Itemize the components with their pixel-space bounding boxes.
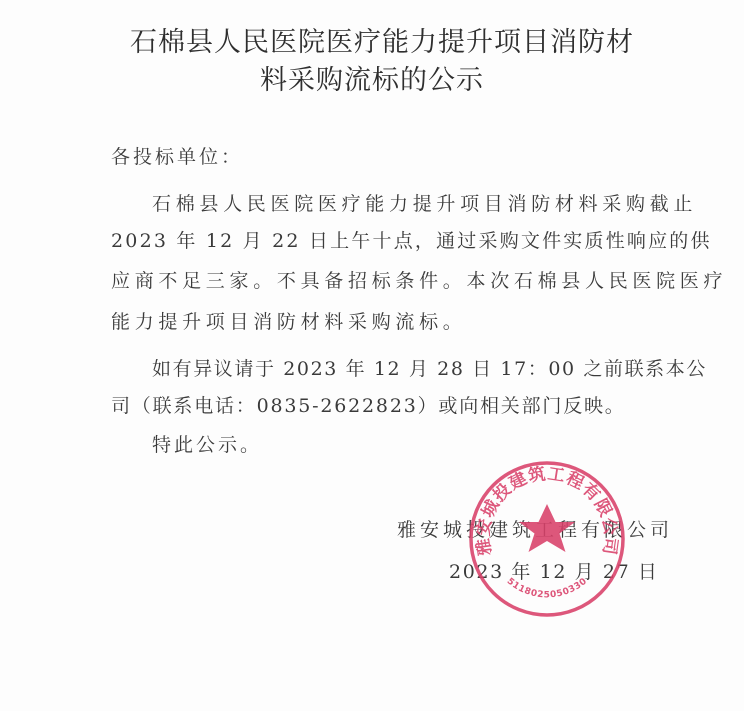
signature-company: 雅安城投建筑工程有限公司 [397,518,673,542]
paragraph-2-line-1: 如有异议请于 2023 年 12 月 28 日 17：00 之前联系本公 [152,357,707,381]
signature-date: 2023 年 12 月 27 日 [449,560,659,584]
salutation: 各投标单位： [111,145,243,169]
paragraph-2-line-2: 司（联系电话：0835-2622823）或向相关部门反映。 [111,394,626,418]
document-page: 石棉县人民医院医疗能力提升项目消防材 料采购流标的公示 各投标单位： 石棉县人民… [0,0,744,711]
document-title-line-1: 石棉县人民医院医疗能力提升项目消防材 [10,20,744,59]
paragraph-1-line-3: 应商不足三家。不具备招标条件。本次石棉县人民医院医疗 [111,269,727,293]
stamp-arc-text: 雅安城投建筑工程有限公司 [472,463,620,557]
paragraph-1-line-1: 石棉县人民医院医疗能力提升项目消防材料采购截止 [152,192,697,216]
document-title-line-2: 料采购流标的公示 [0,58,744,97]
closing-remark: 特此公示。 [152,433,262,457]
paragraph-1-line-2: 2023 年 12 月 22 日上午十点，通过采购文件实质性响应的供 [111,229,712,253]
paragraph-1-line-4: 能力提升项目消防材料采购流标。 [111,310,467,334]
